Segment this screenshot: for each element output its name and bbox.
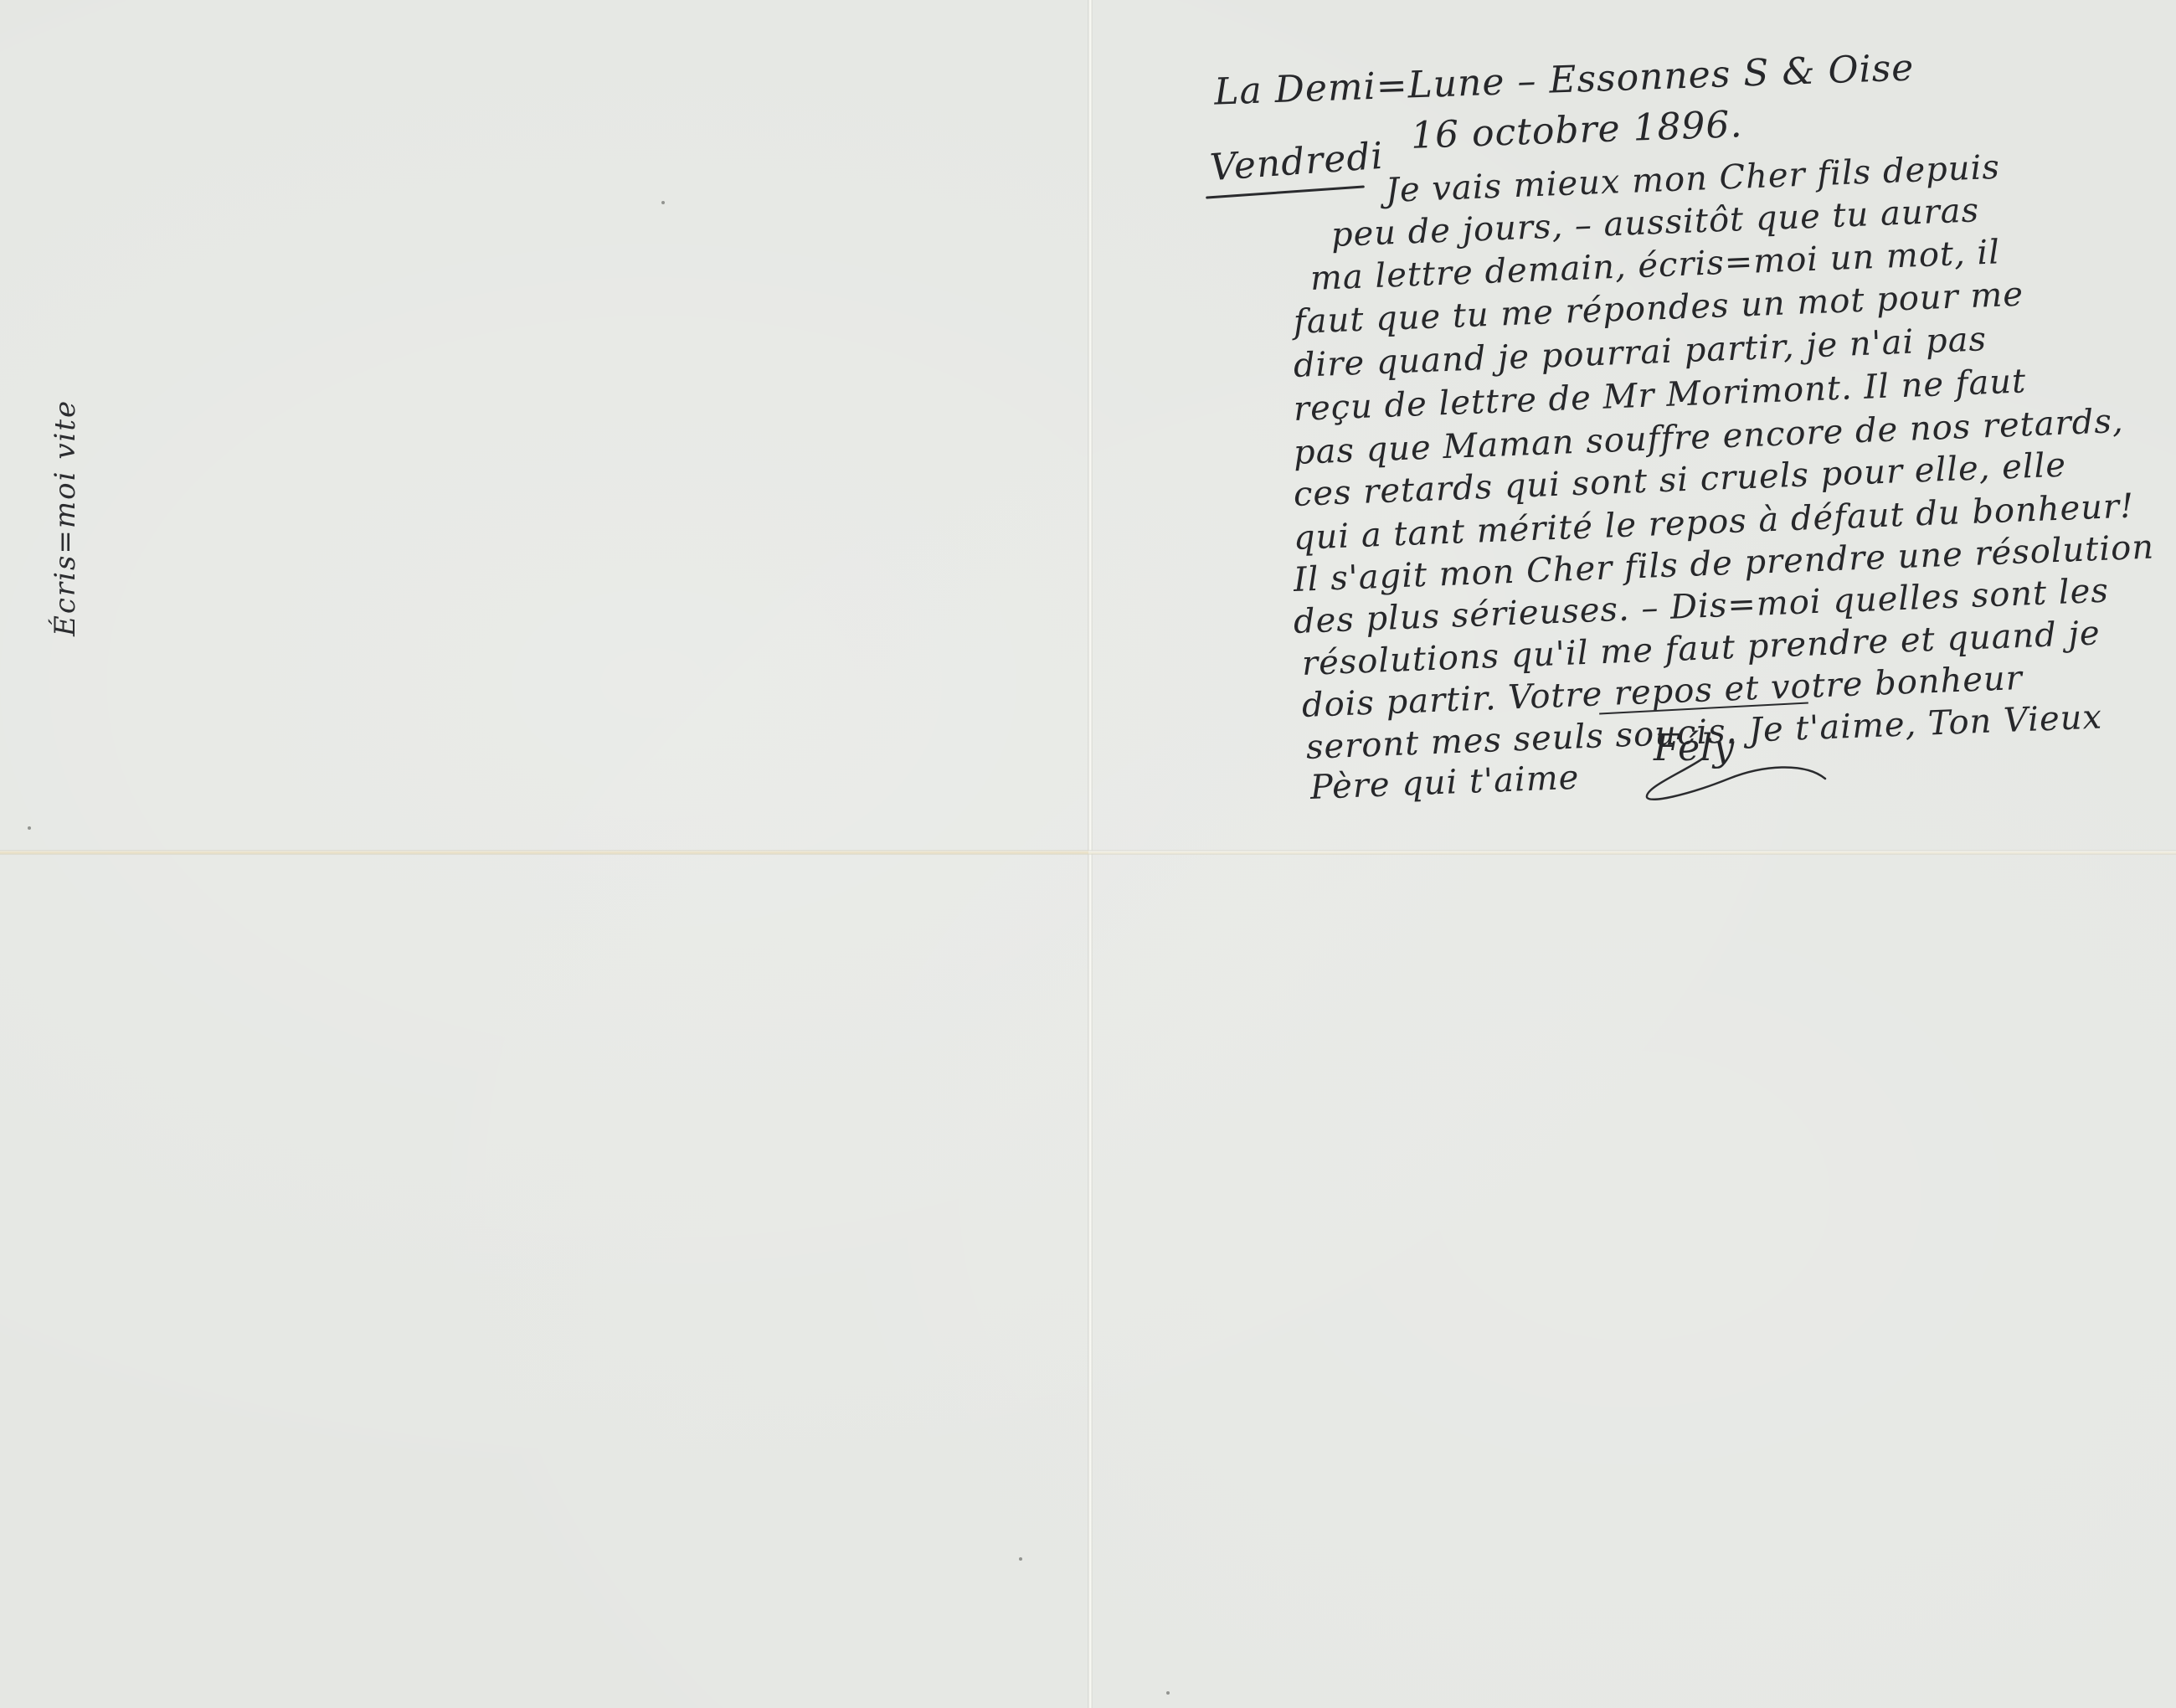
letter-date: 16 octobre 1896. bbox=[1410, 103, 1743, 157]
signature-flourish-icon bbox=[1637, 754, 1838, 804]
letter-sheet: Écris=moi vite La Demi=Lune – Essonnes S… bbox=[0, 0, 2176, 1708]
horizontal-fold-line-right bbox=[1088, 850, 2176, 855]
letter-weekday: Vendredi bbox=[1208, 135, 1385, 189]
paper-speck bbox=[1166, 1691, 1170, 1695]
letter-place: La Demi=Lune – Essonnes S & Oise bbox=[1213, 46, 1915, 113]
paper-speck bbox=[28, 826, 31, 830]
horizontal-fold-line-left bbox=[0, 850, 1088, 855]
body-line: Père qui t'aime bbox=[1309, 759, 1580, 807]
paper-speck bbox=[1019, 1557, 1022, 1561]
paper-speck bbox=[661, 201, 665, 204]
margin-note: Écris=moi vite bbox=[49, 399, 82, 636]
